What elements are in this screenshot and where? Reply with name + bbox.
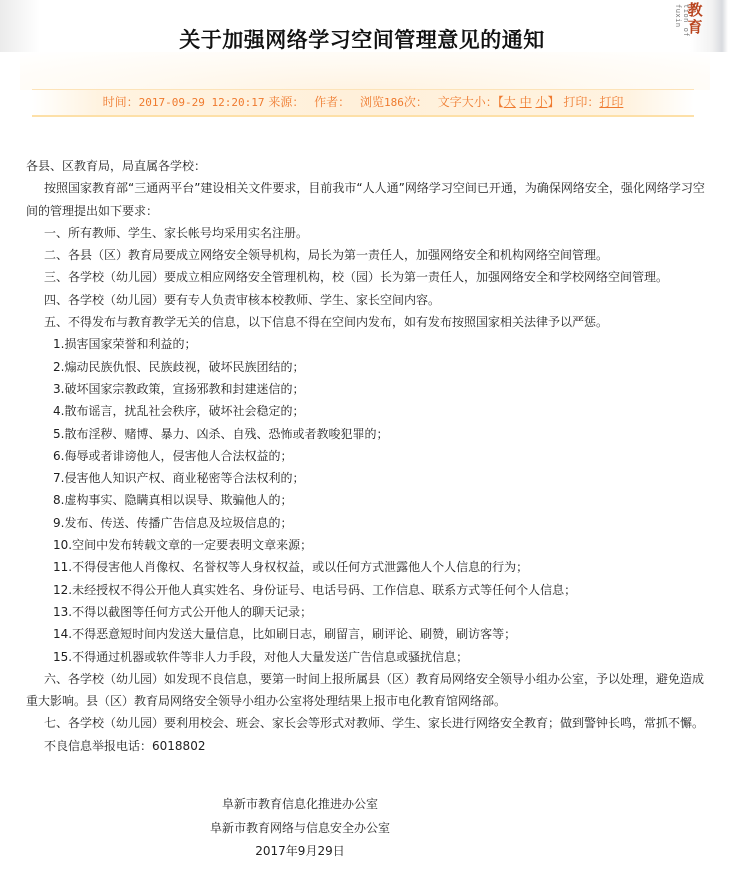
prohibited-item: 9.发布、传送、传播广告信息及垃圾信息的；	[26, 512, 706, 534]
author-label: 作者：	[314, 95, 350, 109]
prohibited-item: 3.破坏国家宗教政策，宣扬邪教和封建迷信的；	[26, 378, 706, 400]
prohibited-item: 2.煽动民族仇恨、民族歧视，破坏民族团结的；	[26, 356, 706, 378]
print-label: 打印：	[563, 95, 599, 109]
requirement-item-7: 七、各学校（幼儿园）要利用校会、班会、家长会等形式对教师、学生、家长进行网络安全…	[26, 712, 706, 734]
prohibited-item: 10.空间中发布转载文章的一定要表明文章来源；	[26, 534, 706, 556]
requirement-item: 四、各学校（幼儿园）要有专人负责审核本校教师、学生、家长空间内容。	[26, 289, 706, 311]
font-size-label: 文字大小：	[438, 95, 498, 109]
hotline-number: 6018802	[152, 739, 205, 753]
time-label: 时间：	[103, 95, 139, 109]
views-suffix: 次：	[404, 95, 428, 109]
logo-icon: 教育	[686, 2, 704, 36]
prohibited-item: 4.散布谣言，扰乱社会秩序，破坏社会稳定的；	[26, 400, 706, 422]
prohibited-item: 6.侮辱或者诽谤他人，侵害他人合法权益的；	[26, 445, 706, 467]
prohibited-item: 11.不得侵害他人肖像权、名誉权等人身权权益，或以任何方式泄露他人个人信息的行为…	[26, 556, 706, 578]
print-link[interactable]: 打印	[599, 95, 623, 109]
source-label: 来源：	[268, 95, 304, 109]
hotline-label: 不良信息举报电话：	[44, 739, 152, 753]
site-logo: tion of fuxin 教育	[672, 2, 712, 44]
signature-date: 2017年9月29日	[0, 842, 600, 859]
font-size-small-link[interactable]: 小	[535, 95, 547, 109]
signature-org-1: 阜新市教育信息化推进办公室	[0, 795, 600, 812]
intro-paragraph: 按照国家教育部“三通两平台”建设相关文件要求，目前我市“人人通”网络学习空间已开…	[26, 177, 706, 222]
publish-time: 2017-09-29 12:20:17	[139, 96, 265, 109]
page-title: 关于加强网络学习空间管理意见的通知	[0, 24, 724, 54]
requirement-item-6: 六、各学校（幼儿园）如发现不良信息，要第一时间上报所属县（区）教育局网络安全领导…	[26, 668, 706, 713]
article-body: 各县、区教育局，局直属各学校： 按照国家教育部“三通两平台”建设相关文件要求，目…	[26, 155, 706, 757]
prohibited-item: 7.侵害他人知识产权、商业秘密等合法权利的；	[26, 467, 706, 489]
font-size-large-link[interactable]: 大	[504, 95, 516, 109]
article-meta-bar: 时间：2017-09-29 12:20:17 来源： 作者： 浏览186次： 文…	[32, 89, 694, 117]
views-label: 浏览	[360, 95, 384, 109]
prohibited-item: 5.散布淫秽、赌博、暴力、凶杀、自残、恐怖或者教唆犯罪的；	[26, 423, 706, 445]
requirement-item: 一、所有教师、学生、家长帐号均采用实名注册。	[26, 222, 706, 244]
views-count: 186	[384, 96, 404, 109]
prohibited-item: 12.未经授权不得公开他人真实姓名、身份证号、电话号码、工作信息、联系方式等任何…	[26, 579, 706, 601]
prohibited-item: 13.不得以截图等任何方式公开他人的聊天记录；	[26, 601, 706, 623]
prohibited-item: 1.损害国家荣誉和利益的；	[26, 333, 706, 355]
bracket-close: 】	[547, 95, 559, 109]
requirement-item: 二、各县（区）教育局要成立网络安全领导机构，局长为第一责任人，加强网络安全和机构…	[26, 244, 706, 266]
prohibited-item: 8.虚构事实、隐瞒真相以误导、欺骗他人的；	[26, 489, 706, 511]
prohibited-item: 15.不得通过机器或软件等非人力手段，对他人大量发送广告信息或骚扰信息；	[26, 646, 706, 668]
requirement-item: 三、各学校（幼儿园）要成立相应网络安全管理机构，校（园）长为第一责任人，加强网络…	[26, 266, 706, 288]
signature-org-2: 阜新市教育网络与信息安全办公室	[0, 819, 600, 836]
salutation: 各县、区教育局，局直属各学校：	[26, 155, 706, 177]
font-size-medium-link[interactable]: 中	[520, 95, 532, 109]
prohibited-item: 14.不得恶意短时间内发送大量信息，比如刷日志，刷留言，刷评论、刷赞，刷访客等；	[26, 623, 706, 645]
meta-glow	[20, 52, 710, 90]
requirement-item: 五、不得发布与教育教学无关的信息，以下信息不得在空间内发布，如有发布按照国家相关…	[26, 311, 706, 333]
hotline: 不良信息举报电话：6018802	[26, 735, 706, 757]
